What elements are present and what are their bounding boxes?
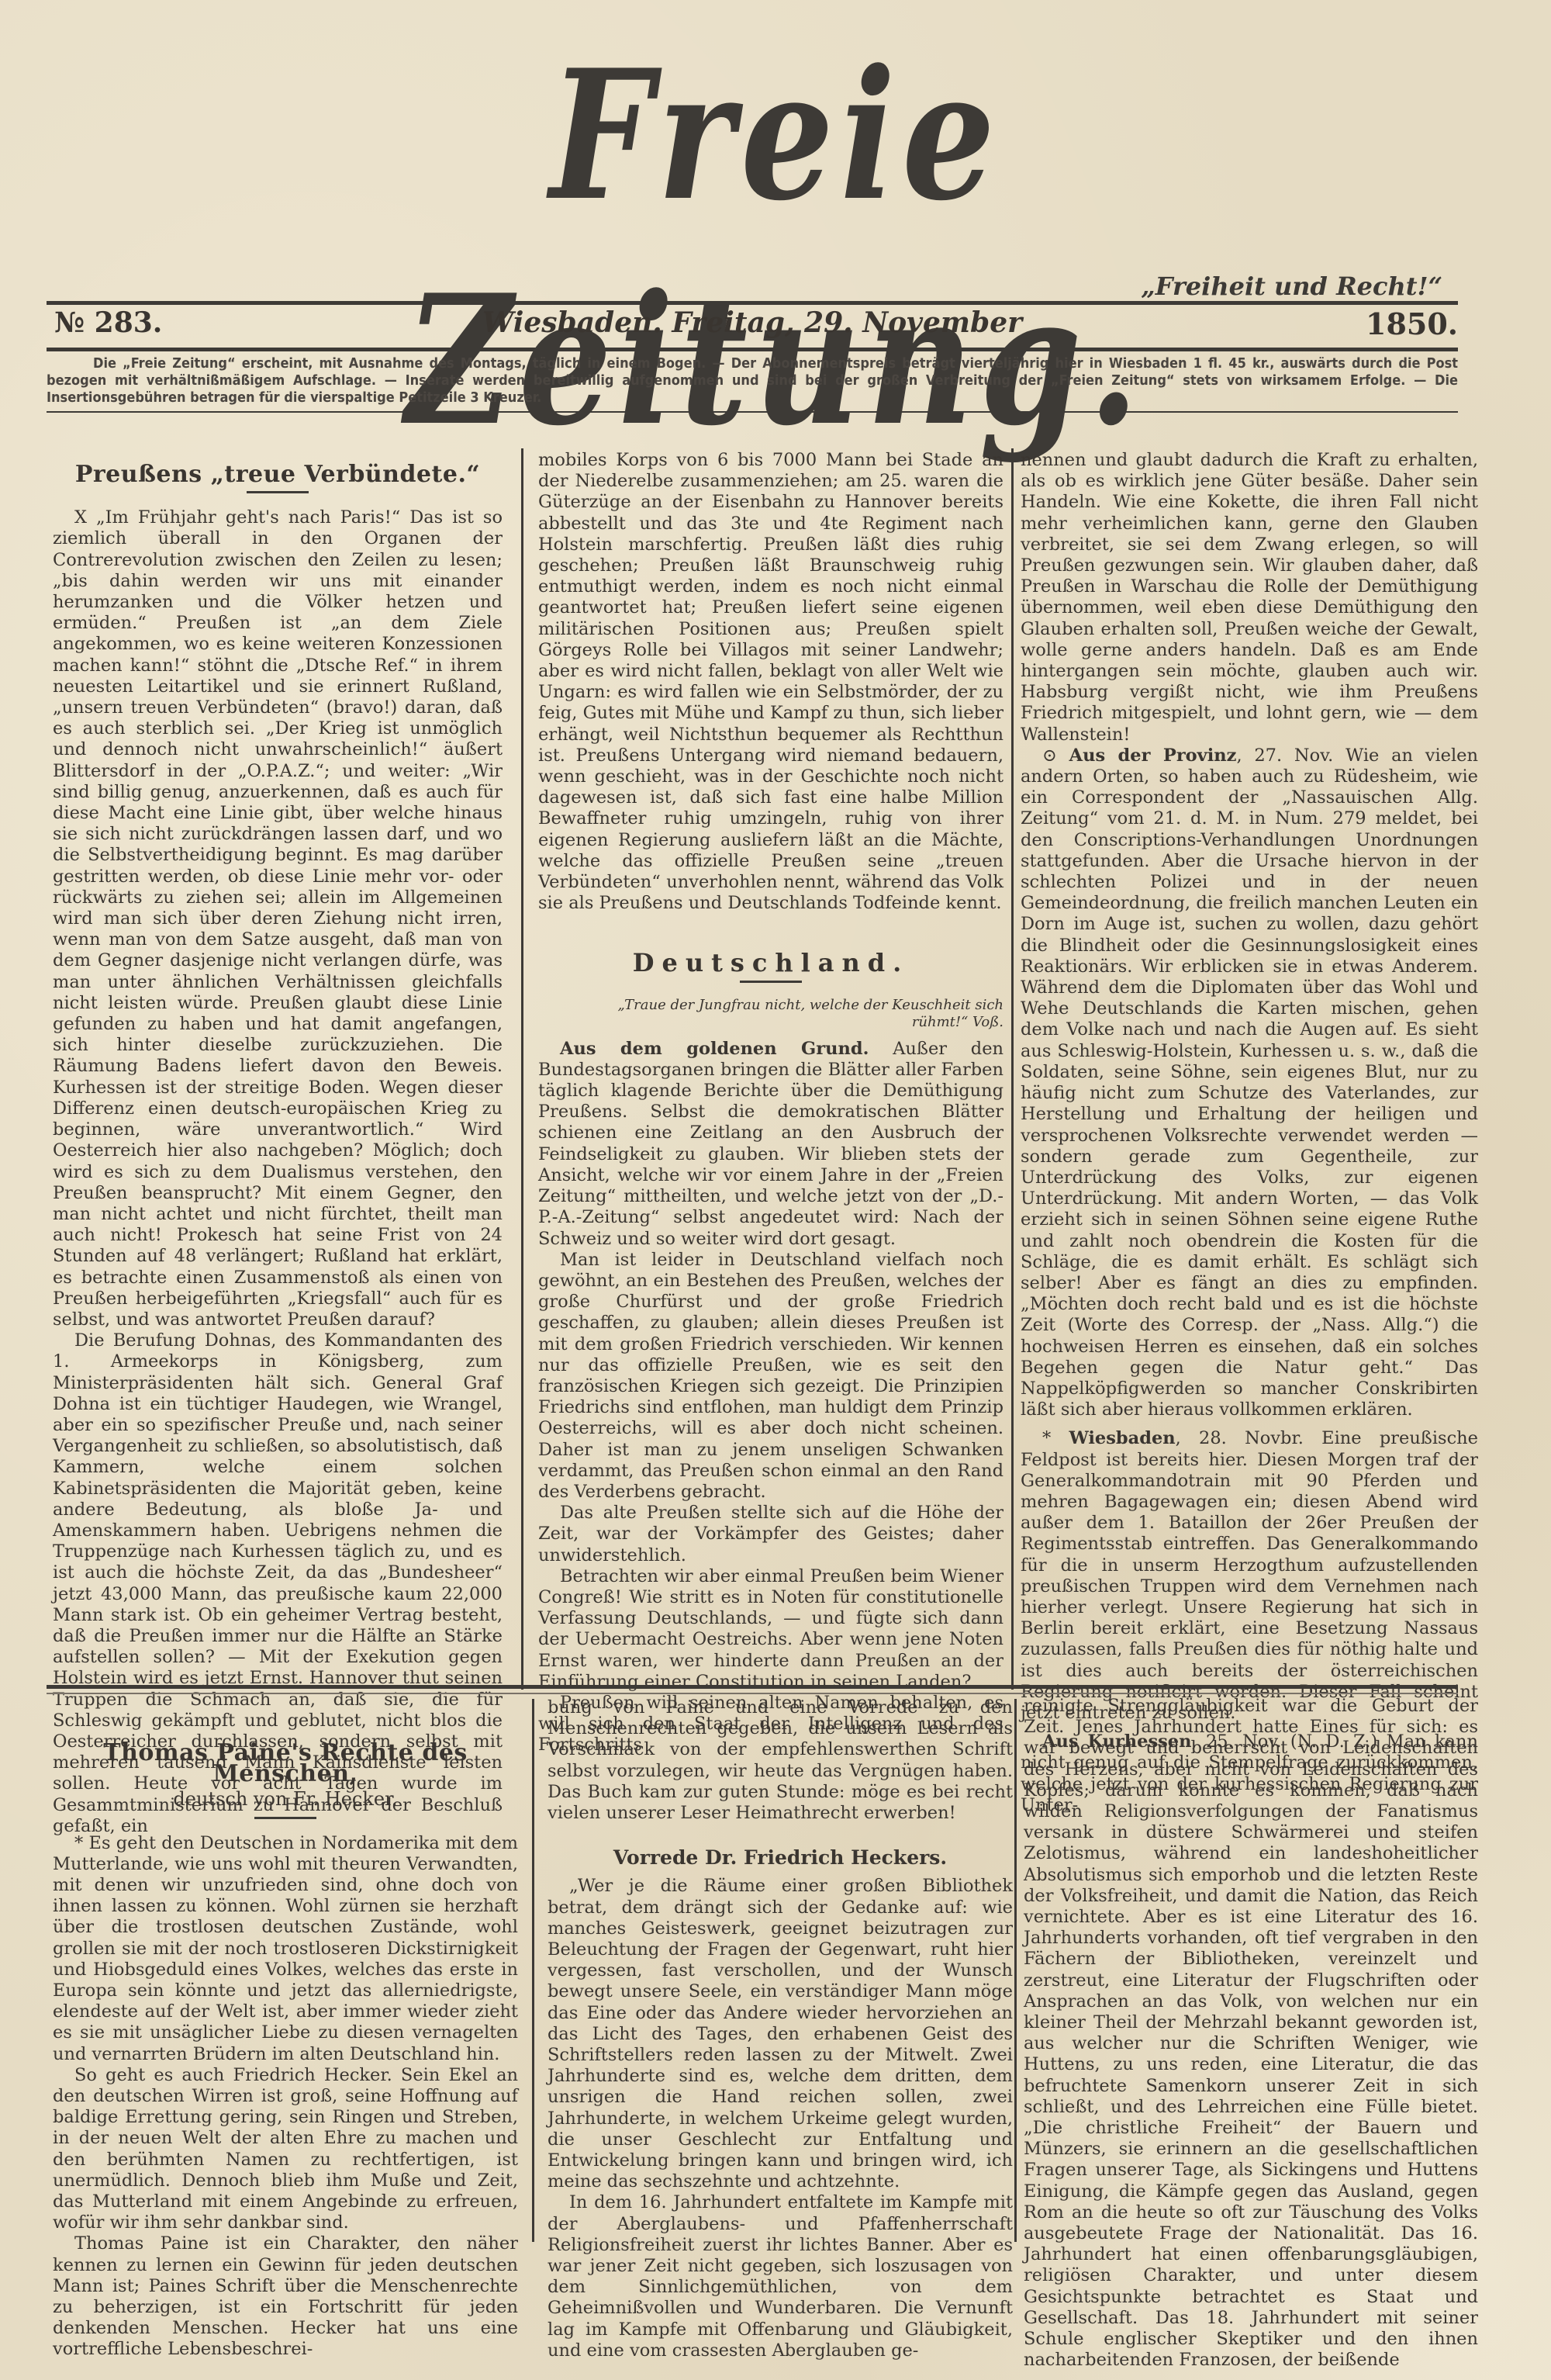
paragraph: bung von Paine und eine Vorrede zu den M… (548, 1697, 1013, 1824)
column-rule (532, 1699, 534, 2242)
short-rule (740, 981, 802, 983)
headline: Thomas Paine's Rechte des Menschen, (53, 1742, 518, 1784)
article-dateline: Aus der Provinz (1069, 745, 1237, 766)
paragraph: Betrachten wir aber einmal Preußen beim … (538, 1566, 1003, 1693)
section-divider (47, 1693, 1458, 1694)
article-dateline: Wiesbaden (1069, 1428, 1176, 1448)
column-rule (521, 448, 523, 1690)
epigraph: „Traue der Jungfrau nicht, welche der Ke… (616, 997, 1003, 1031)
paragraph: Aus dem goldenen Grund. Außer den Bundes… (538, 1039, 1003, 1250)
article-column: nennen und glaubt dadurch die Kraft zu e… (1021, 450, 1478, 1816)
paragraph: So geht es auch Friedrich Hecker. Sein E… (53, 2065, 518, 2234)
article-column: bung von Paine und eine Vorrede zu den M… (548, 1697, 1013, 2361)
paragraph: reinigte Strenggläubigkeit war die Gebur… (1024, 1696, 1478, 2371)
paragraph: Man ist leider in Deutschland vielfach n… (538, 1250, 1003, 1503)
subscription-notice: Die „Freie Zeitung“ erscheint, mit Ausna… (47, 355, 1458, 406)
news-item: ⊙ Aus der Provinz, 27. Nov. Wie an viele… (1021, 745, 1478, 1421)
paragraph: nennen und glaubt dadurch die Kraft zu e… (1021, 450, 1478, 745)
paragraph: Das alte Preußen stellte sich auf die Hö… (538, 1503, 1003, 1566)
section-title: Deutschland. (538, 953, 1003, 974)
column-rule (1014, 1699, 1017, 2242)
asterisk-icon: * (1042, 1428, 1051, 1448)
masthead: Freie Zeitung. (186, 23, 1365, 248)
news-item: * Wiesbaden, 28. Novbr. Eine preußische … (1021, 1428, 1478, 1724)
headline: Preußens „treue Verbündete.“ (53, 464, 503, 485)
article-column: Thomas Paine's Rechte des Menschen, deut… (53, 1707, 518, 2361)
paragraph: „Wer je die Räume einer großen Bibliothe… (548, 1876, 1013, 2192)
short-rule (247, 491, 309, 493)
divider-rule (47, 301, 1458, 305)
circle-dot-icon: ⊙ (1042, 745, 1057, 766)
paragraph: mobiles Korps von 6 bis 7000 Mann bei St… (538, 450, 1003, 914)
dateline: № 283. Wiesbaden. Freitag, 29. November … (47, 306, 1458, 345)
section-divider (47, 1685, 1458, 1689)
paragraph: * Es geht den Deutschen in Nordamerika m… (53, 1833, 518, 2065)
paragraph: X „Im Frühjahr geht's nach Paris!“ Das i… (53, 507, 503, 1330)
divider-rule (47, 411, 1458, 413)
issue-date: Wiesbaden. Freitag, 29. November (47, 306, 1458, 339)
newspaper-page: Freie Zeitung. „Freiheit und Recht!“ № 2… (0, 0, 1551, 2380)
motto: „Freiheit und Recht!“ (1141, 272, 1442, 301)
issue-year: 1850. (1366, 306, 1458, 341)
paragraph: Thomas Paine ist ein Charakter, den nähe… (53, 2233, 518, 2360)
paragraph: In dem 16. Jahrhundert entfaltete im Kam… (548, 2192, 1013, 2361)
article-column: mobiles Korps von 6 bis 7000 Mann bei St… (538, 450, 1003, 1756)
article-dateline: Aus dem goldenen Grund. (560, 1039, 869, 1059)
divider-rule (47, 348, 1458, 351)
article-column: reinigte Strenggläubigkeit war die Gebur… (1024, 1696, 1478, 2371)
subheadline: Vorrede Dr. Friedrich Heckers. (548, 1847, 1013, 1868)
short-rule (254, 1817, 316, 1819)
column-rule (1011, 448, 1014, 1690)
subheadline: deutsch von Fr. Hecker. (53, 1789, 518, 1810)
article-column: Preußens „treue Verbündete.“ X „Im Frühj… (53, 456, 503, 1837)
